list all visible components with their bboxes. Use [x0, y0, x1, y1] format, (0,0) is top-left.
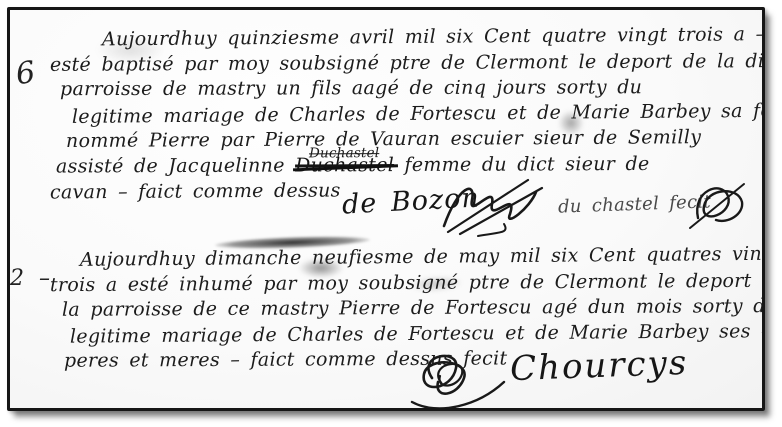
- signature-flourish-icon: [686, 176, 748, 232]
- signature-chourcys: Chourcys: [509, 343, 689, 389]
- baptism-record: Aujourdhuy quinziesme avril mil six Cent…: [50, 25, 756, 204]
- manuscript-line: nommé Pierre par Pierre de Vauran escuie…: [50, 125, 756, 155]
- manuscript-line: trois a esté inhumé par moy soubsigné pt…: [50, 268, 756, 298]
- signature-flourish-icon: [438, 174, 550, 238]
- manuscript-line: Aujourdhuy quinziesme avril mil six Cent…: [50, 22, 756, 53]
- interlinear-correction: Duchastel: [309, 141, 379, 167]
- line-text: assisté de Jacquelinne: [56, 154, 295, 177]
- manuscript-scan-frame: 6 2 – Aujourdhuy quinziesme avril mil si…: [7, 7, 765, 411]
- register-page: 6 2 – Aujourdhuy quinziesme avril mil si…: [0, 0, 782, 427]
- signature-flourish-icon: [408, 348, 508, 411]
- manuscript-line-with-correction: assisté de Jacquelinne DuchastelDuchaste…: [50, 151, 756, 180]
- entry-number-2: 2 –: [10, 266, 52, 291]
- entry-number-1: 6: [14, 55, 38, 92]
- manuscript-line: la parroisse de ce mastry Pierre de Fort…: [50, 294, 756, 323]
- line-text: femme du dict sieur de: [394, 152, 649, 175]
- struck-out-word: DuchastelDuchastel: [295, 154, 394, 176]
- manuscript-line: parroisse de mastry un fils aagé de cinq…: [50, 75, 756, 103]
- manuscript-line: esté baptisé par moy soubsigné ptre de C…: [50, 49, 756, 78]
